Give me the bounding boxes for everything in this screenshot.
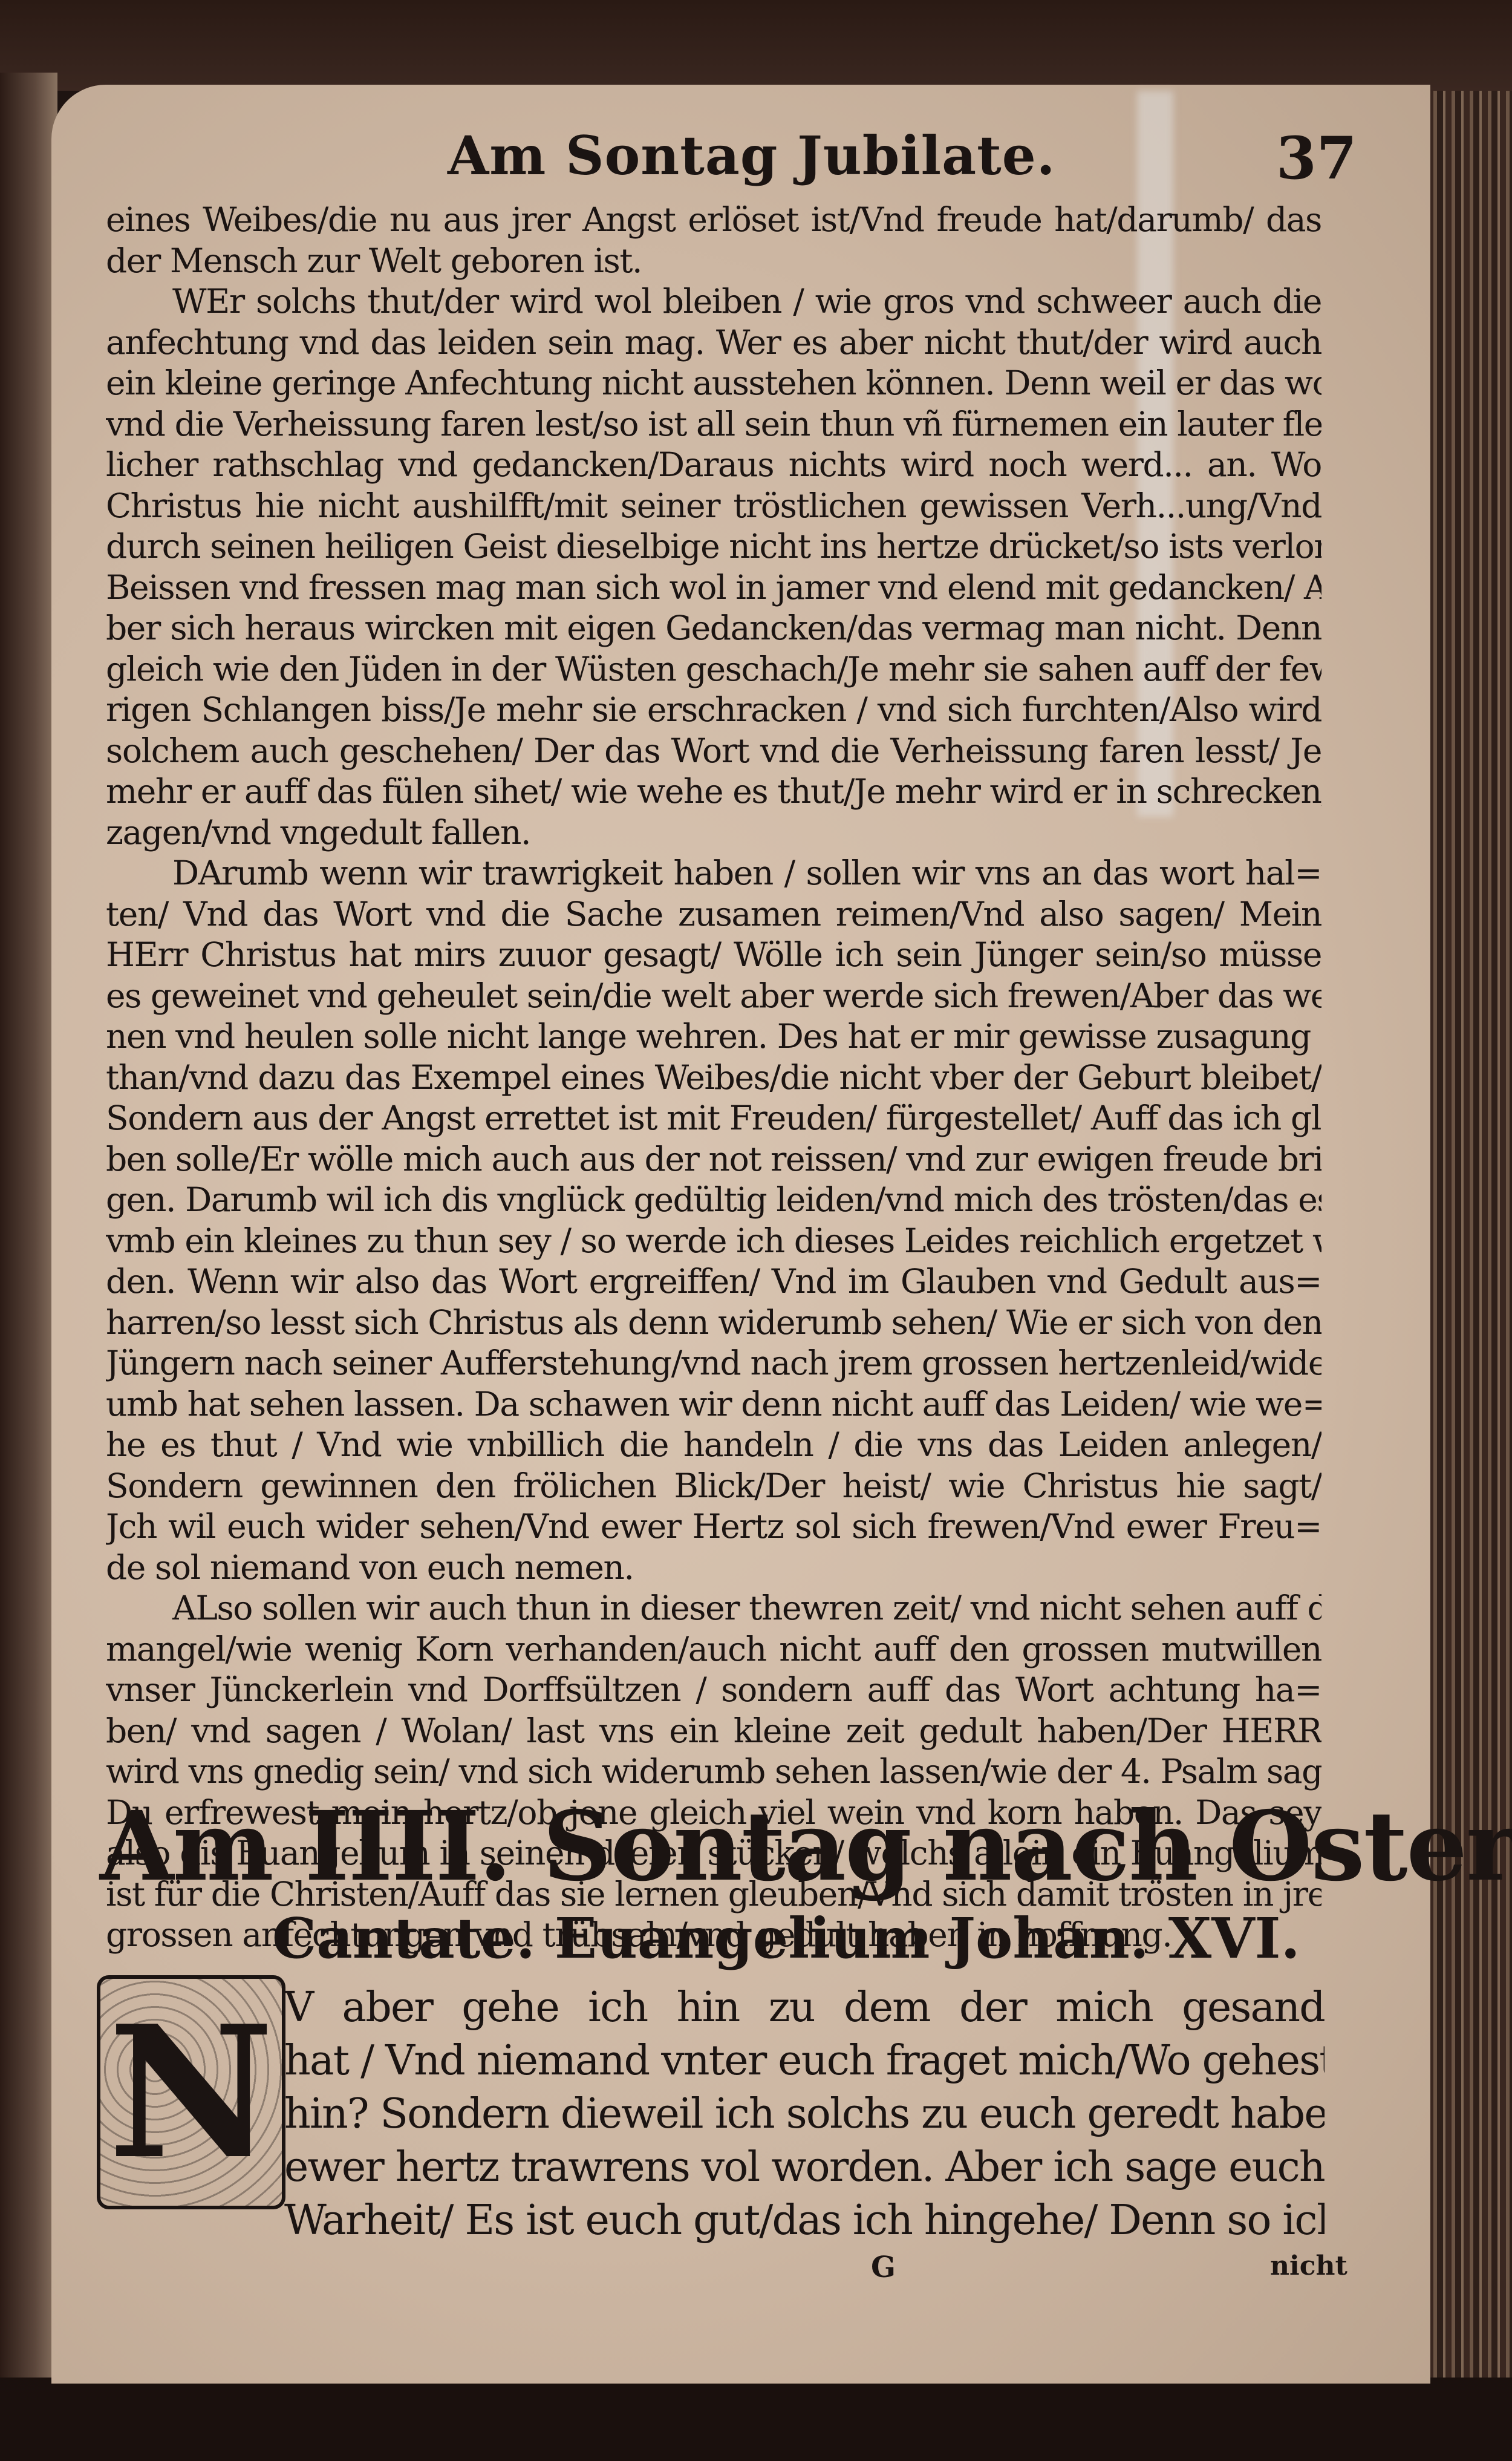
- section-subtitle: Cantate. Euangelium Johan. XVI.: [272, 1906, 1300, 1971]
- book-cover-bottom: [0, 2378, 1512, 2461]
- text-line: gleich wie den Jüden in der Wüsten gesch…: [106, 649, 1321, 690]
- text-line: Sondern aus der Angst errettet ist mit F…: [106, 1098, 1321, 1139]
- page-number: 37: [1276, 124, 1357, 192]
- text-line: umb hat sehen lassen. Da schawen wir den…: [106, 1384, 1321, 1425]
- text-line: Sondern gewinnen den frölichen Blick/Der…: [106, 1466, 1321, 1507]
- text-line: ten/ Vnd das Wort vnd die Sache zusamen …: [106, 894, 1321, 935]
- signature-mark: G: [871, 2250, 896, 2284]
- text-line: gen. Darumb wil ich dis vnglück gedültig…: [106, 1180, 1321, 1221]
- text-line: der Mensch zur Welt geboren ist.: [106, 241, 1321, 282]
- text-line: nen vnd heulen solle nicht lange wehren.…: [106, 1016, 1321, 1057]
- text-line: den. Wenn wir also das Wort ergreiffen/ …: [106, 1261, 1321, 1302]
- decorated-initial-icon: N: [97, 1975, 285, 2209]
- text-line: vnd die Verheissung faren lest/so ist al…: [106, 404, 1321, 445]
- text-line: V aber gehe ich hin zu dem der mich gesa…: [284, 1981, 1325, 2034]
- text-line: Warheit/ Es ist euch gut/das ich hingehe…: [284, 2194, 1325, 2247]
- text-line: ber sich heraus wircken mit eigen Gedanc…: [106, 608, 1321, 649]
- gospel-text: V aber gehe ich hin zu dem der mich gesa…: [284, 1981, 1325, 2247]
- text-line: durch seinen heiligen Geist dieselbige n…: [106, 526, 1321, 567]
- text-line: mehr er auff das fülen sihet/ wie wehe e…: [106, 771, 1321, 812]
- text-line: Beissen vnd fressen mag man sich wol in …: [106, 567, 1321, 609]
- text-line: de sol niemand von euch nemen.: [106, 1548, 1321, 1589]
- text-line: ben/ vnd sagen / Wolan/ last vns ein kle…: [106, 1711, 1321, 1752]
- text-line: es geweinet vnd geheulet sein/die welt a…: [106, 976, 1321, 1017]
- text-line: eines Weibes/die nu aus jrer Angst erlös…: [106, 200, 1321, 241]
- page-edges: [1427, 91, 1512, 2390]
- text-line: ben solle/Er wölle mich auch aus der not…: [106, 1139, 1321, 1180]
- text-line: vmb ein kleines zu thun sey / so werde i…: [106, 1221, 1321, 1262]
- text-line: ALso sollen wir auch thun in dieser thew…: [106, 1588, 1321, 1629]
- text-line: he es thut / Vnd wie vnbillich die hande…: [106, 1425, 1321, 1466]
- book-gutter: [0, 73, 57, 2384]
- text-line: Jch wil euch wider sehen/Vnd ewer Hertz …: [106, 1506, 1321, 1548]
- text-line: than/vnd dazu das Exempel eines Weibes/d…: [106, 1057, 1321, 1099]
- section-title: Am IIII. Sontag nach Ostern/: [100, 1791, 1512, 1903]
- text-line: ewer hertz trawrens vol worden. Aber ich…: [284, 2141, 1325, 2194]
- text-line: hin? Sondern dieweil ich solchs zu euch …: [284, 2088, 1325, 2141]
- text-line: vnser Jünckerlein vnd Dorffsültzen / son…: [106, 1670, 1321, 1711]
- text-line: zagen/vnd vngedult fallen.: [106, 812, 1321, 854]
- text-line: mangel/wie wenig Korn verhanden/auch nic…: [106, 1629, 1321, 1670]
- text-line: hat / Vnd niemand vnter euch fraget mich…: [284, 2034, 1325, 2088]
- text-line: wird vns gnedig sein/ vnd sich widerumb …: [106, 1751, 1321, 1793]
- text-line: DArumb wenn wir trawrigkeit haben / soll…: [106, 853, 1321, 894]
- text-line: solchem auch geschehen/ Der das Wort vnd…: [106, 731, 1321, 772]
- text-line: ein kleine geringe Anfechtung nicht auss…: [106, 363, 1321, 404]
- text-line: rigen Schlangen biss/Je mehr sie erschra…: [106, 690, 1321, 731]
- text-line: WEr solchs thut/der wird wol bleiben / w…: [106, 281, 1321, 322]
- text-line: licher rathschlag vnd gedancken/Daraus n…: [106, 445, 1321, 486]
- book-cover-top: [0, 0, 1512, 91]
- text-line: Christus hie nicht aushilfft/mit seiner …: [106, 486, 1321, 527]
- text-line: Jüngern nach seiner Aufferstehung/vnd na…: [106, 1343, 1321, 1384]
- body-text: eines Weibes/die nu aus jrer Angst erlös…: [106, 200, 1321, 1956]
- text-line: anfechtung vnd das leiden sein mag. Wer …: [106, 322, 1321, 364]
- running-header: Am Sontag Jubilate.: [448, 124, 1055, 187]
- text-line: harren/so lesst sich Christus als denn w…: [106, 1302, 1321, 1344]
- text-line: HErr Christus hat mirs zuuor gesagt/ Wöl…: [106, 935, 1321, 976]
- catchword: nicht: [1270, 2250, 1347, 2281]
